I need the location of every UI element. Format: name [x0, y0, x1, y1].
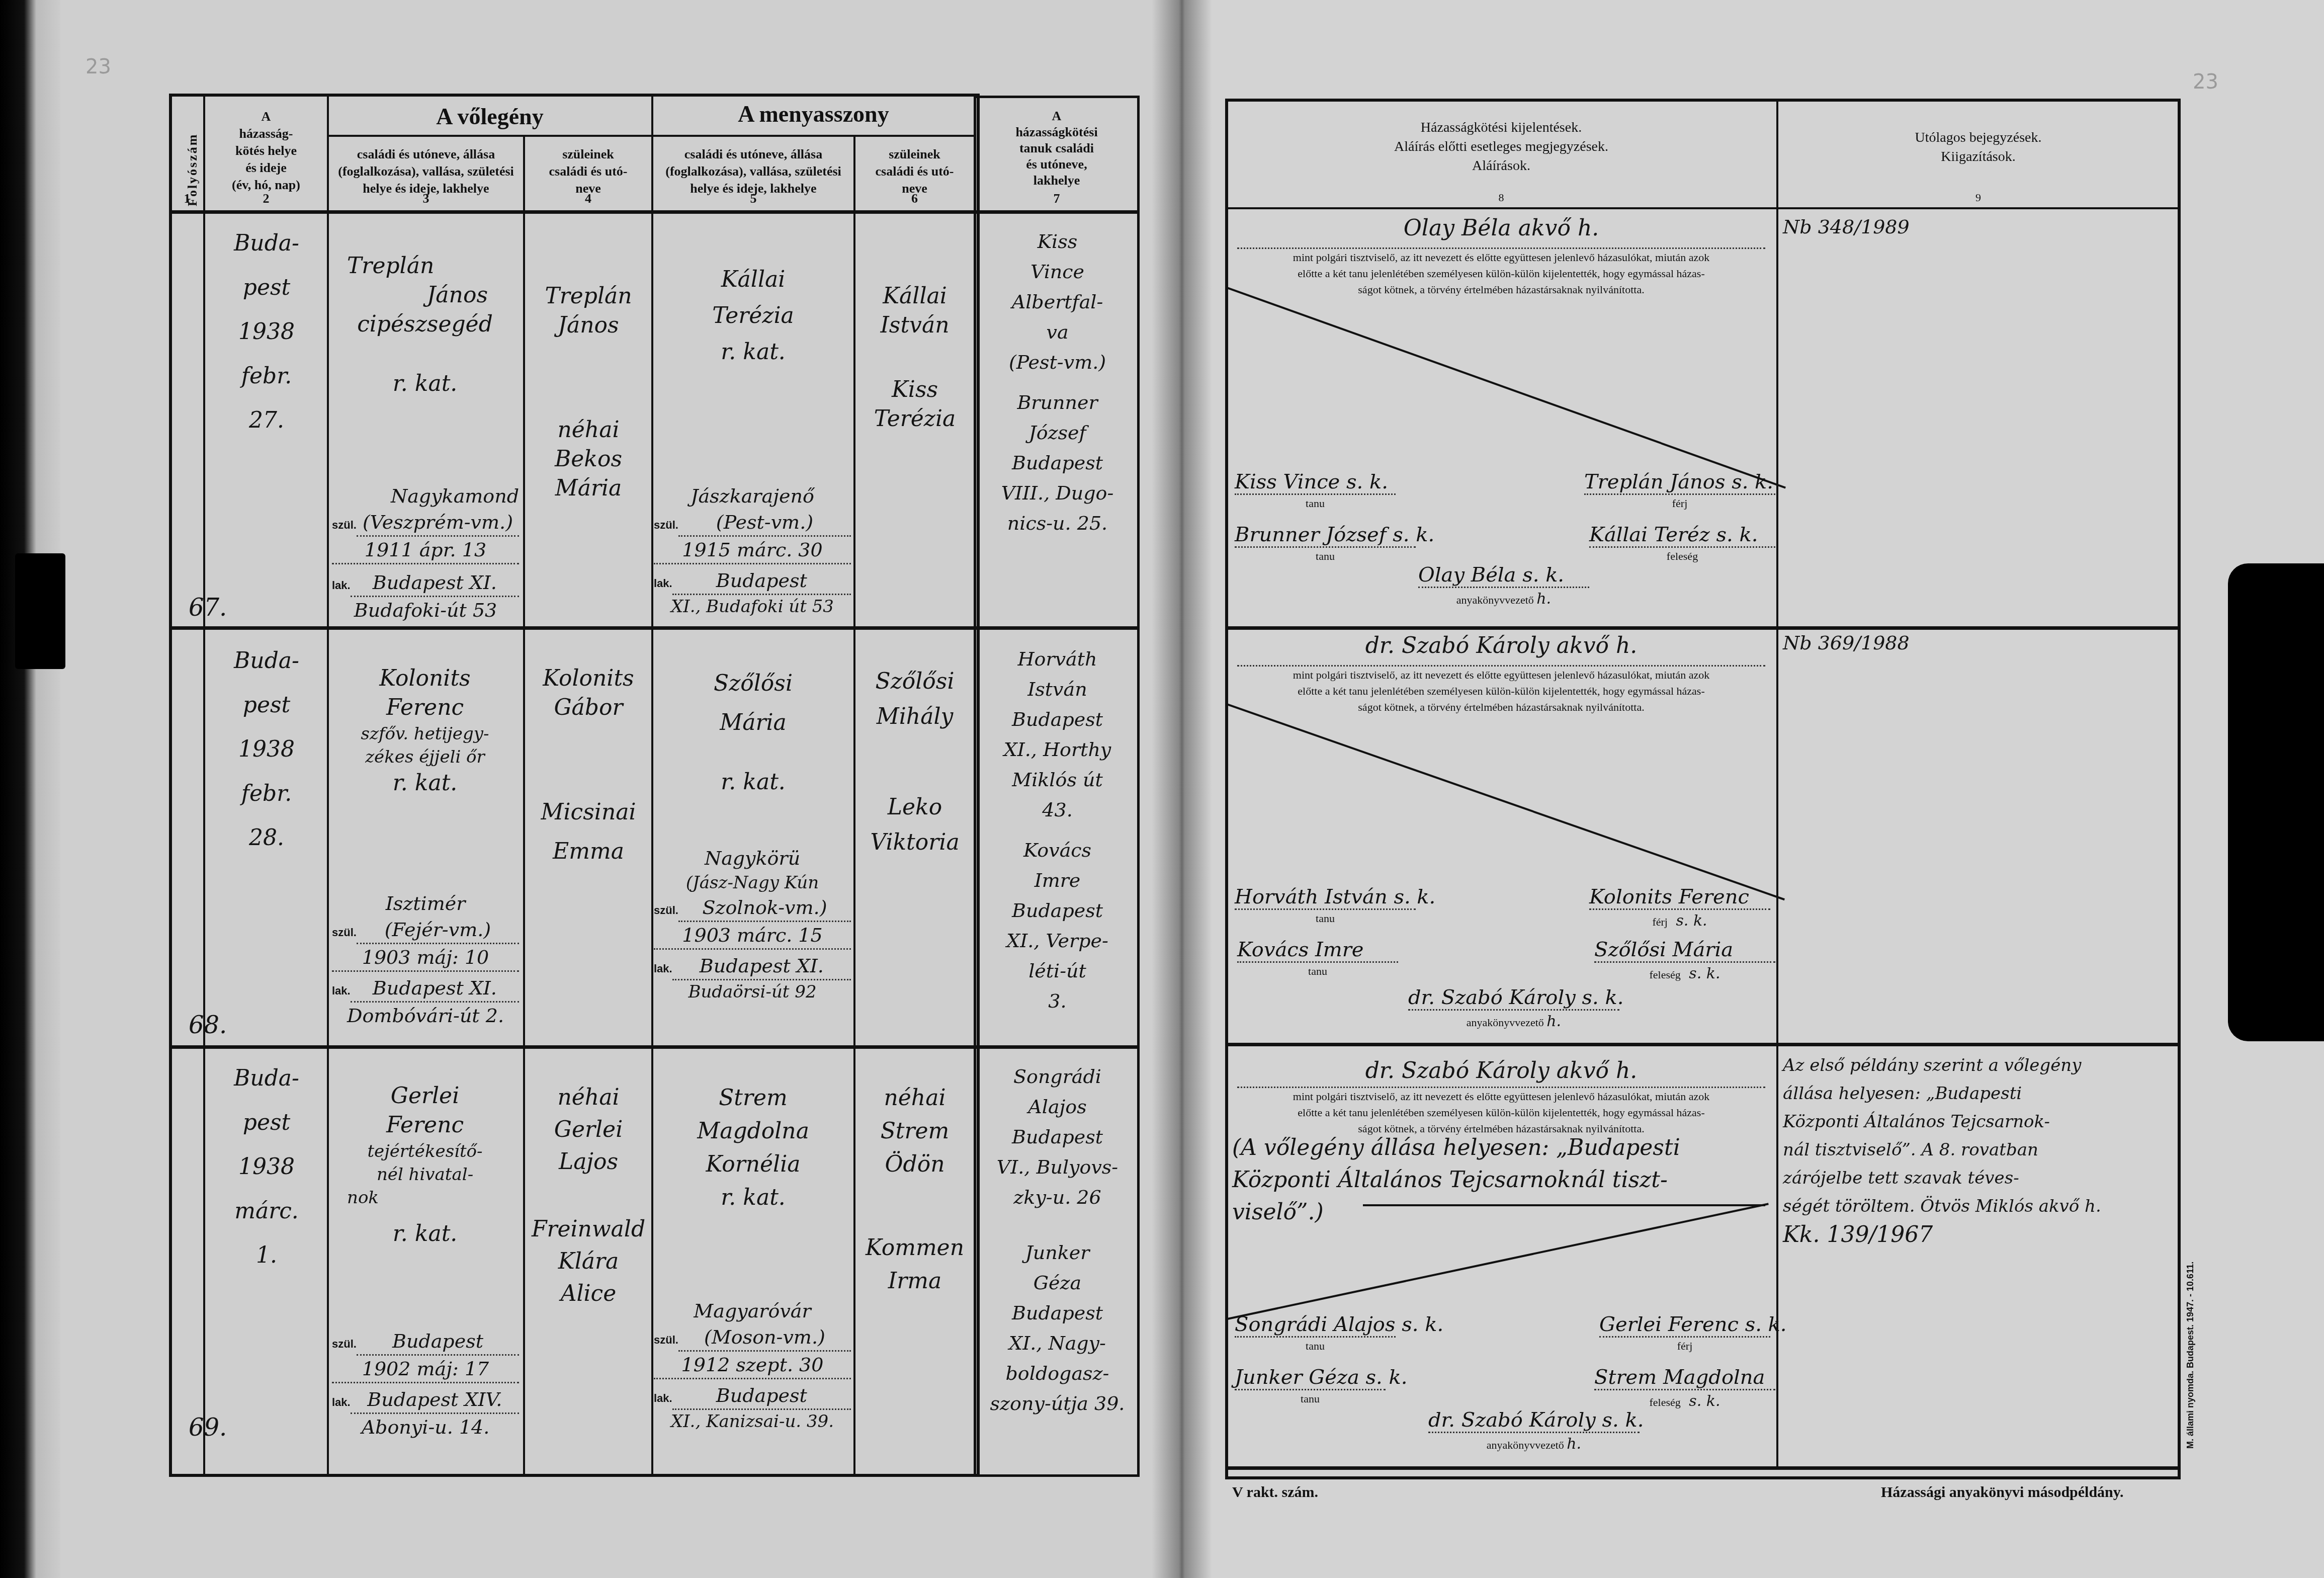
remark: (A vőlegény állása helyesen: „Budapesti … [1232, 1132, 1775, 1228]
printer-note: M. állami nyomda. Budapest. 1947. - 10.6… [2185, 1147, 2196, 1449]
row-divider [976, 626, 1138, 630]
header-col1-num: 1 [171, 191, 203, 206]
groom-birth-residence: szül.Budapest 1902 máj: 17 lak.Budapest … [332, 1328, 519, 1440]
signature-witness-1: Horváth István s. k.tanu [1235, 885, 1416, 925]
footer-stock-number: V rakt. szám. [1232, 1484, 1318, 1501]
col-divider [327, 96, 329, 1474]
header-col5: családi és utóneve, állása (foglalkozása… [653, 146, 853, 197]
header-bride-group: A menyasszony [653, 101, 974, 127]
entry-number: 67. [189, 594, 227, 622]
groom-birth-residence: Isztimér szül.(Fejér-vm.) 1903 máj: 10 l… [332, 890, 519, 1029]
entry-number: 69. [189, 1414, 227, 1442]
officiant: dr. Szabó Károly akvő h. [1227, 1056, 1775, 1086]
header-col3-num: 3 [329, 191, 523, 206]
signature-witness-2: Junker Géza s. k.tanu [1235, 1366, 1386, 1405]
header-bottom-rule [1227, 207, 2178, 209]
groom-details: Treplán János cipészsegéd r. kat. [332, 252, 518, 398]
header-divider [327, 135, 976, 137]
header-col5-num: 5 [653, 191, 853, 206]
entry-number: 68. [189, 1011, 227, 1039]
strike-line [1363, 1204, 1765, 1206]
header-col3: családi és utóneve, állása (foglalkozása… [329, 146, 523, 197]
dotted-rule [1237, 665, 1765, 667]
officiant: Olay Béla akvő h. [1227, 214, 1775, 243]
header-col9: Utólagos bejegyzések. Kiigazítások. [1778, 128, 2178, 167]
later-entry: Az első példány szerint a vőlegény állás… [1783, 1051, 2175, 1250]
signature-wife: Strem Magdolnafeleség s. k. [1594, 1366, 1775, 1410]
later-entry: Nb 369/1988 [1783, 630, 1910, 656]
groom-details: Gerlei Ferenc tejértékesítő- nél hivatal… [332, 1082, 518, 1249]
bride-parents: Kállai István Kiss Terézia [857, 282, 972, 434]
bride-parents: Szőlősi Mihály Leko Viktoria [857, 664, 972, 860]
marriage-place-date: Buda- pest 1938 febr. 28. [216, 639, 317, 860]
col-divider [523, 136, 525, 1474]
dotted-rule [1237, 247, 1765, 249]
witnesses: Horváth István Budapest XI., Horthy Mikl… [978, 644, 1137, 1016]
bride-birth-residence: Jászkarajenő szül.(Pest-vm.) 1915 márc. … [654, 483, 851, 618]
book-gutter [1152, 0, 1212, 1578]
bride-details: Strem Magdolna Kornélia r. kat. [656, 1082, 850, 1214]
header-col9-num: 9 [1778, 191, 2178, 204]
header-col2: A házasság- kötés helye és ideje (év, hó… [205, 108, 327, 194]
bride-birth-residence: Nagykörü (Jász-Nagy Kún szül.Szolnok-vm.… [654, 845, 851, 1004]
declaration-text: mint polgári tisztviselő, az itt nevezet… [1227, 667, 1775, 715]
officiant: dr. Szabó Károly akvő h. [1227, 631, 1775, 660]
bride-birth-residence: Magyaróvár szül.(Moson-vm.) 1912 szept. … [654, 1298, 851, 1433]
signature-registrar: dr. Szabó Károly s. k.anyakönyvvezető h. [1428, 1408, 1640, 1453]
witnesses: Songrádi Alajos Budapest VI., Bulyovs- z… [978, 1061, 1137, 1419]
signature-wife: Kállai Teréz s. k.feleség [1589, 523, 1775, 563]
row-divider [171, 626, 976, 630]
row-divider [1227, 626, 2178, 630]
page-tab-right [2228, 563, 2324, 1041]
header-col2-num: 2 [205, 191, 327, 206]
groom-parents: Kolonits Gábor Micsinai Emma [527, 664, 650, 866]
page-mark-left: 23 [85, 55, 111, 78]
groom-parents: néhai Gerlei Lajos Freinwald Klára Alice [527, 1082, 650, 1310]
page-mark-right: 23 [2193, 70, 2218, 94]
groom-details: Kolonits Ferenc szfőv. hetijegy- zékes é… [332, 664, 518, 798]
row-divider [1227, 1043, 2178, 1046]
signature-registrar: Olay Béla s. k.anyakönyvvezető h. [1418, 563, 1589, 608]
header-col7: A házasságkötési tanuk családi és utónev… [976, 108, 1138, 189]
header-col6-num: 6 [855, 191, 974, 206]
signature-husband: Gerlei Ferenc s. k.férj [1599, 1313, 1770, 1353]
groom-parents: Treplán János néhai Bekos Mária [527, 282, 650, 503]
bride-details: Kállai Terézia r. kat. [656, 262, 850, 370]
signature-witness-1: Songrádi Alajos s. k.tanu [1235, 1313, 1396, 1353]
header-bottom-rule [976, 210, 1138, 214]
table-bottom-rule [1227, 1466, 2178, 1470]
header-col4: szüleinek családi és utó- neve [525, 146, 651, 197]
header-col8: Házasságkötési kijelentések. Aláírás elő… [1227, 118, 1775, 176]
witnesses: Kiss Vince Albertfal- va (Pest-vm.) Brun… [978, 226, 1137, 538]
declaration-text: mint polgári tisztviselő, az itt nevezet… [1227, 250, 1775, 298]
later-entry: Nb 348/1989 [1783, 214, 1910, 240]
header-col6: szüleinek családi és utó- neve [855, 146, 974, 197]
col-divider [651, 96, 653, 1474]
marriage-place-date: Buda- pest 1938 febr. 27. [216, 221, 317, 443]
header-bottom-rule [171, 210, 976, 214]
header-col8-num: 8 [1227, 191, 1775, 204]
row-divider [976, 1045, 1138, 1049]
groom-birth-residence: Nagykamond szül.(Veszprém-vm.) 1911 ápr.… [332, 483, 519, 623]
row-divider [171, 1045, 976, 1049]
signature-wife: Szőlősi Máriafeleség s. k. [1594, 938, 1775, 982]
header-groom-group: A vőlegény [329, 103, 651, 130]
bride-parents: néhai Strem Ödön Kommen Irma [857, 1082, 972, 1298]
signature-witness-1: Kiss Vince s. k.tanu [1235, 470, 1396, 510]
header-col4-num: 4 [525, 191, 651, 206]
page-tab-left [15, 553, 65, 669]
footer-register-type: Házassági anyakönyvi másodpéldány. [1881, 1484, 2124, 1501]
signature-witness-2: Brunner József s. k.tanu [1235, 523, 1416, 563]
header-col7-num: 7 [976, 191, 1138, 206]
book-edge-left [0, 0, 60, 1578]
col-divider [1776, 101, 1778, 1469]
col-divider [203, 96, 205, 1474]
register-table-right [1225, 99, 2181, 1479]
signature-witness-2: Kovács Imretanu [1237, 938, 1398, 978]
col-divider [853, 136, 855, 1474]
signature-registrar: dr. Szabó Károly s. k.anyakönyvvezető h. [1408, 986, 1619, 1030]
signature-husband: Treplán János s. k.férj [1584, 470, 1775, 510]
signature-husband: Kolonits Ferencférj s. k. [1589, 885, 1770, 930]
bride-details: Szőlősi Mária r. kat. [656, 664, 850, 802]
declaration-text: mint polgári tisztviselő, az itt nevezet… [1227, 1089, 1775, 1137]
dotted-rule [1237, 1087, 1765, 1088]
marriage-place-date: Buda- pest 1938 márc. 1. [216, 1056, 317, 1278]
